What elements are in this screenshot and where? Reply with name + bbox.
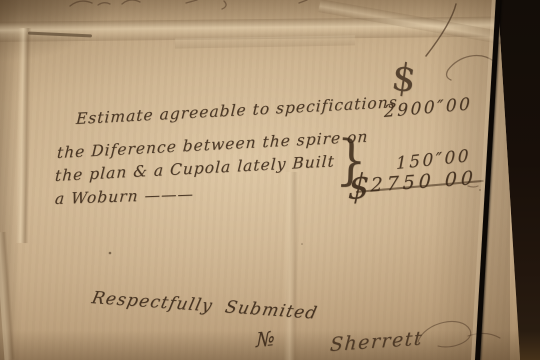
total-amount: 2750 00 bbox=[370, 167, 477, 197]
paper-crease-vertical-lower-left bbox=[0, 232, 15, 360]
paper-crease-diagonal-right bbox=[318, 0, 512, 46]
estimate-line: Estimate agreeable to specifications bbox=[76, 93, 399, 128]
cutoff-writing-stroke bbox=[70, 1, 92, 6]
closing-line: Respectfully Submited bbox=[90, 288, 320, 324]
difference-line-3: a Woburn ——— bbox=[54, 185, 194, 208]
total-currency-sign: $ bbox=[347, 166, 370, 208]
paper-shading-left bbox=[0, 0, 20, 360]
cutoff-writing-stroke bbox=[186, 0, 197, 3]
paper-sheet: $ Estimate agreeable to specifications 2… bbox=[0, 0, 540, 360]
document-photo: $ Estimate agreeable to specifications 2… bbox=[0, 0, 540, 360]
paper-crease-dark-line bbox=[28, 32, 92, 37]
paper-shading-top bbox=[0, 0, 540, 26]
paper-crease-diagonal-center bbox=[175, 35, 355, 48]
paper-crease-vertical-left bbox=[15, 28, 31, 243]
signature-flourish-loop bbox=[418, 321, 471, 346]
cutoff-writing-stroke bbox=[299, 0, 307, 3]
paper-shading-top-left bbox=[0, 0, 150, 80]
paper-crease-horizontal bbox=[0, 16, 540, 42]
cutoff-writing-stroke bbox=[122, 0, 140, 4]
paper-crease-vertical-center bbox=[283, 172, 298, 360]
total-amount-line: $2750 00 bbox=[348, 167, 478, 198]
ink-speck bbox=[109, 252, 112, 255]
pen-flourish-curve bbox=[426, 4, 456, 56]
signature-fragment: Sherrett bbox=[329, 327, 424, 356]
ink-speck bbox=[301, 243, 303, 245]
cutoff-writing-stroke bbox=[98, 3, 110, 5]
cutoff-writing-stroke bbox=[222, 1, 226, 9]
numero-mark: № bbox=[256, 326, 276, 352]
